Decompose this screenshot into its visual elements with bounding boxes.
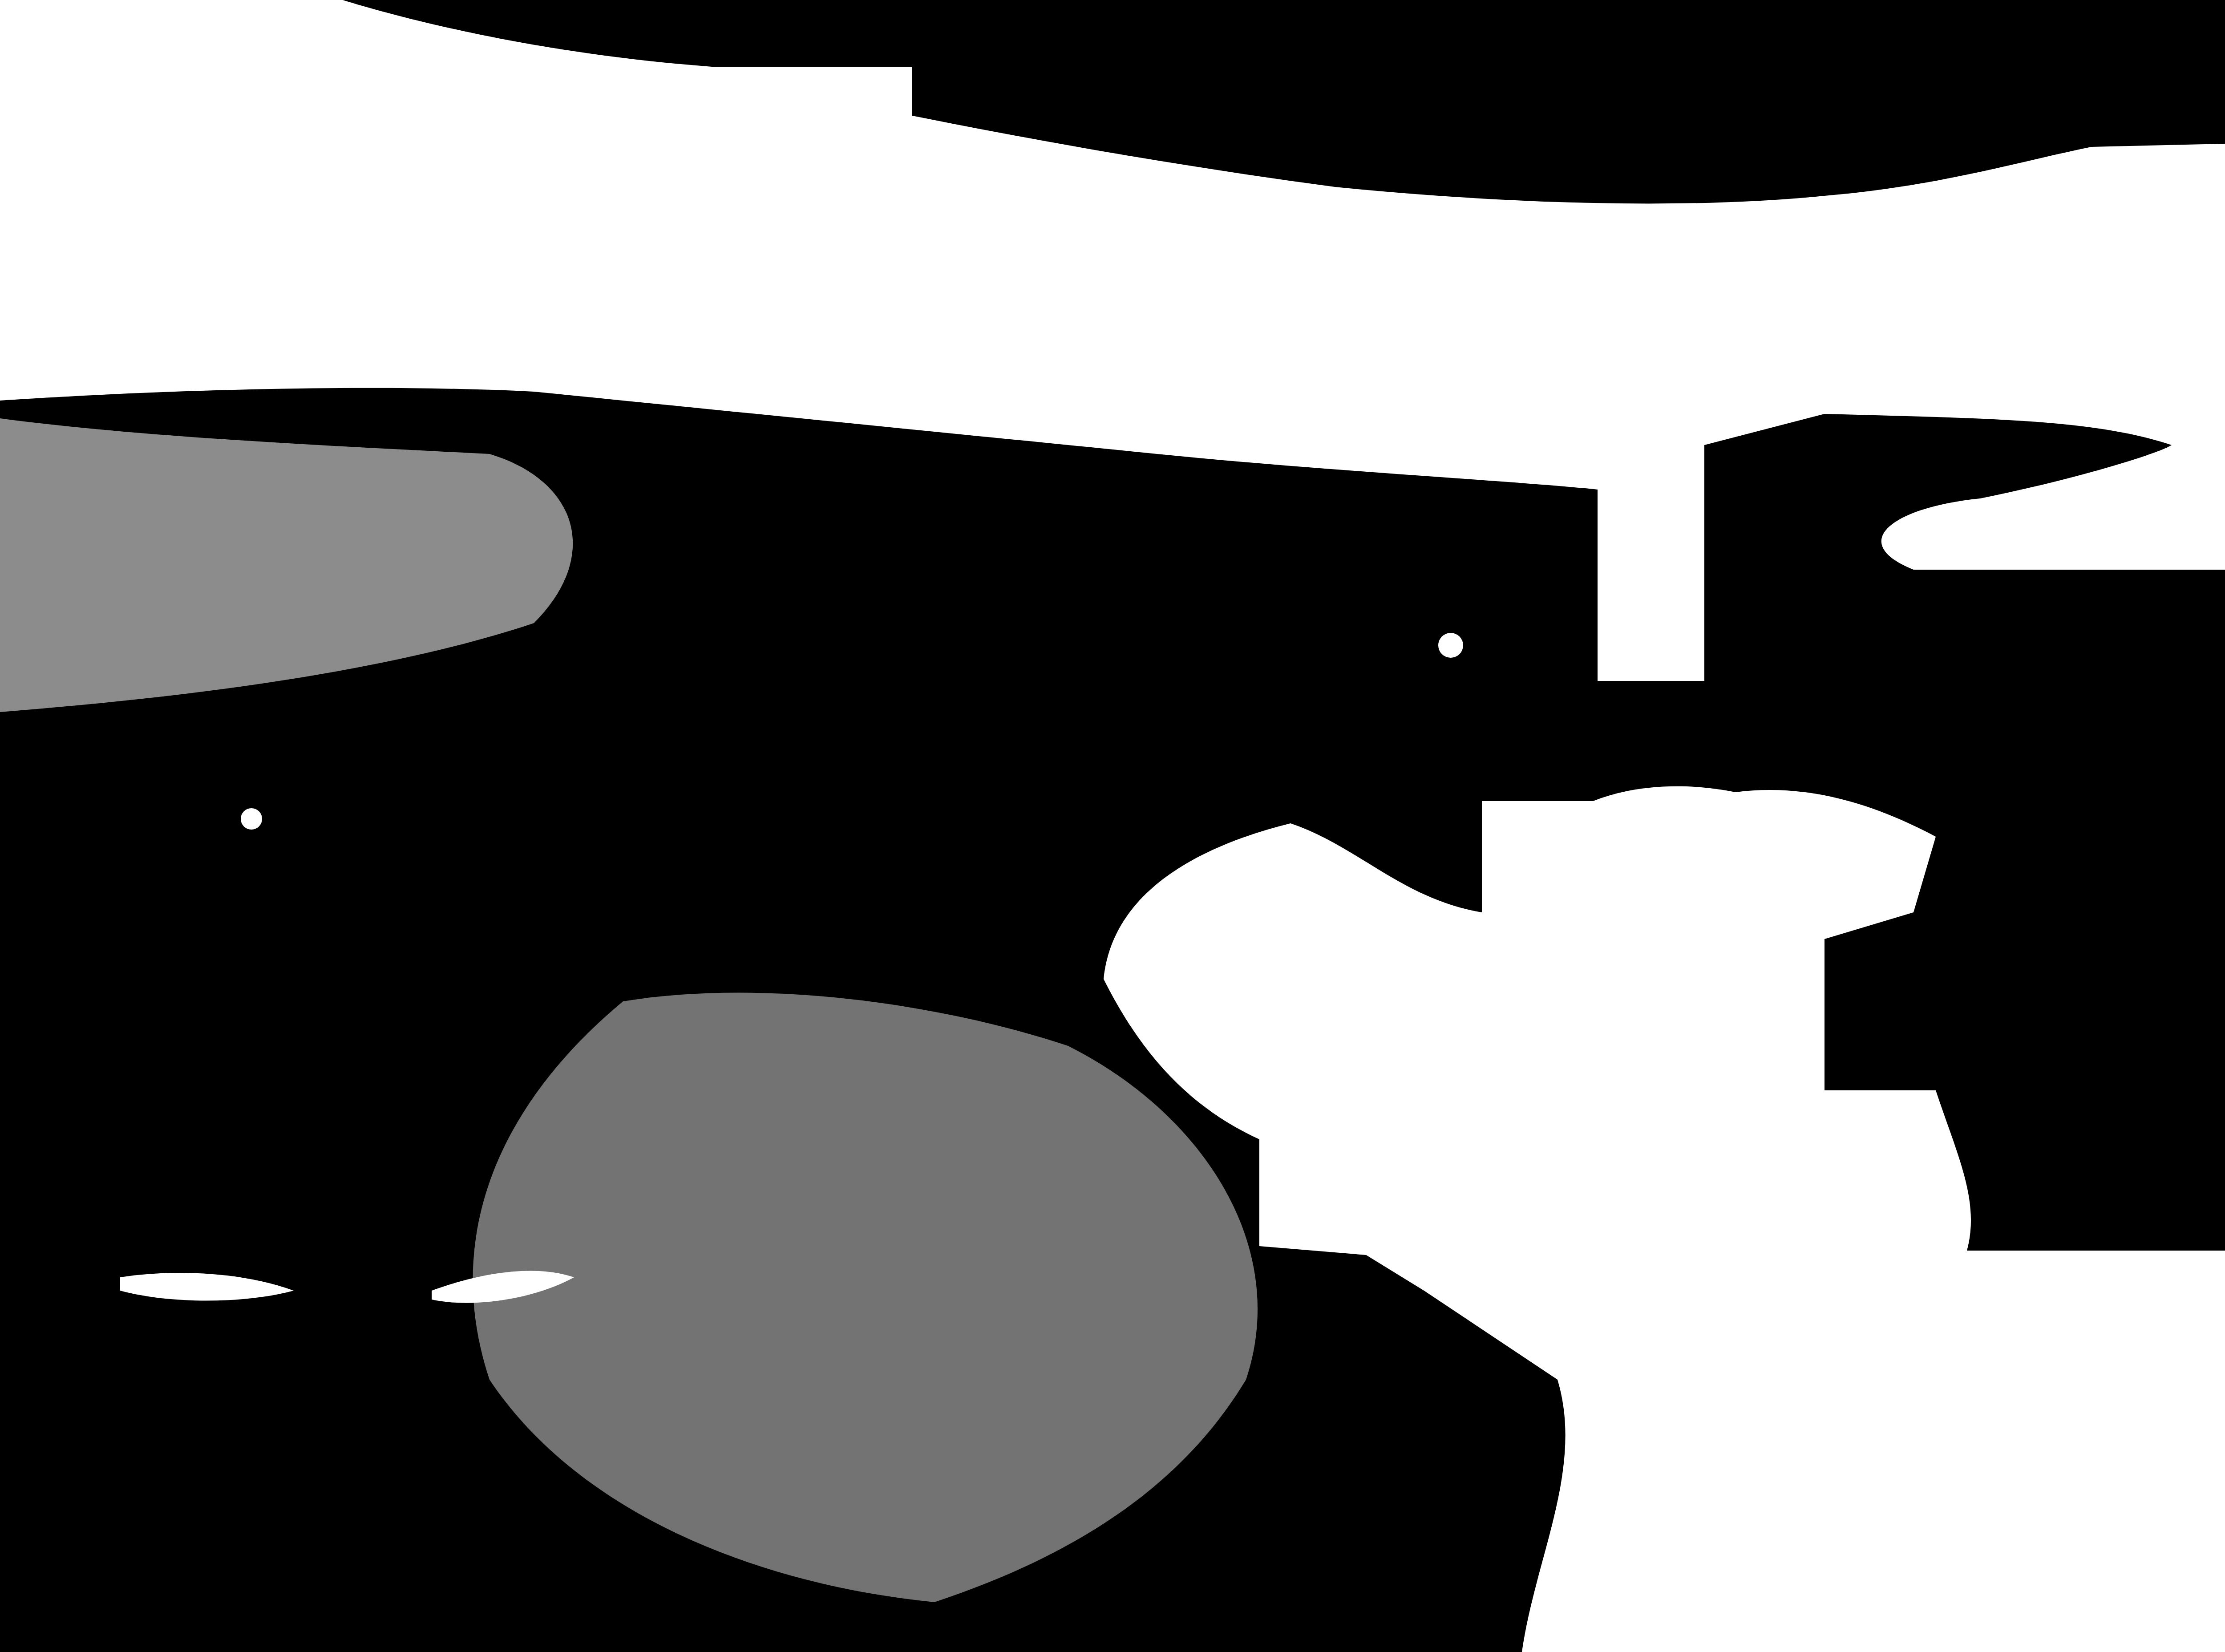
small-cloud-dot <box>1438 633 1463 658</box>
cloud-silhouette-layer <box>0 0 2225 1652</box>
aerial-cloud-image <box>0 0 2225 1652</box>
small-cloud-dot <box>241 808 262 830</box>
